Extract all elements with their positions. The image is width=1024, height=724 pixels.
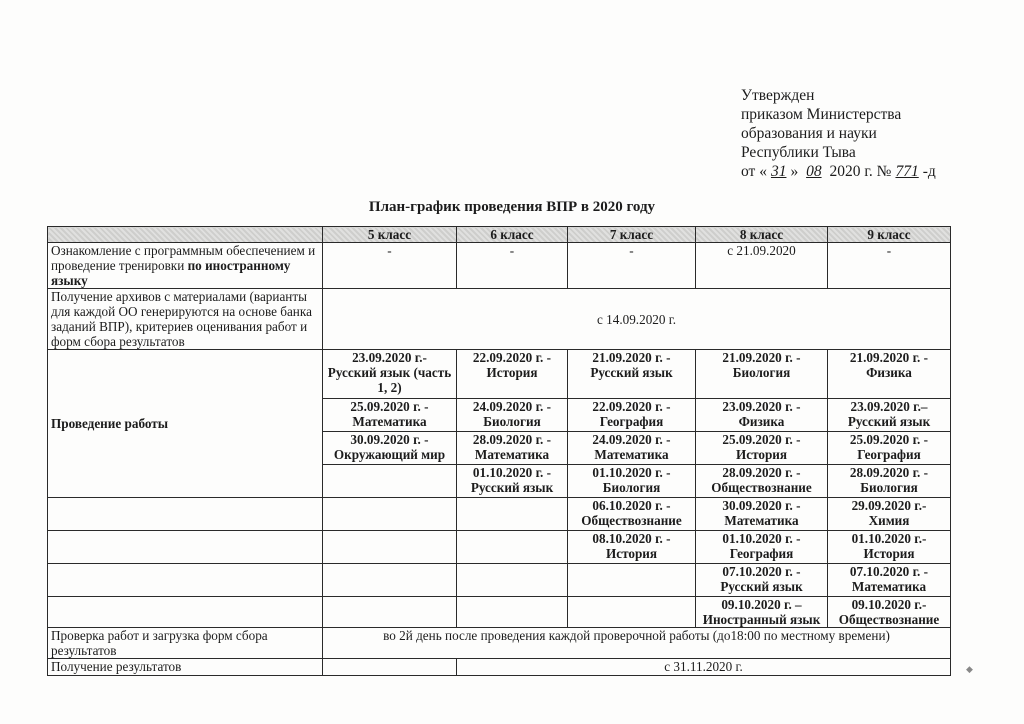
exam-cell — [568, 597, 696, 628]
table-row: 07.10.2020 г. -Русский язык07.10.2020 г.… — [48, 564, 951, 597]
exam-cell: 24.09.2020 г. -Математика — [568, 432, 696, 465]
exam-cell: 07.10.2020 г. -Математика — [828, 564, 951, 597]
table-cell: с 14.09.2020 г. — [323, 289, 951, 350]
row-label — [48, 564, 323, 597]
exam-date: 01.10.2020 г. - — [699, 531, 824, 546]
header-cell: 6 класс — [457, 227, 568, 243]
exam-cell: 07.10.2020 г. -Русский язык — [696, 564, 828, 597]
exam-cell: 25.09.2020 г. -Математика — [323, 399, 457, 432]
exam-cell — [457, 498, 568, 531]
table-cell: с 21.09.2020 — [696, 243, 828, 289]
row-label: Проведение работы — [48, 350, 323, 498]
row-label: Ознакомление с программным обеспечением … — [48, 243, 323, 289]
exam-date: 06.10.2020 г. - — [571, 498, 692, 513]
exam-date: 07.10.2020 г. - — [831, 564, 947, 579]
exam-date: 24.09.2020 г. - — [460, 399, 564, 414]
exam-subject: Русский язык — [699, 579, 824, 594]
row-label — [48, 531, 323, 564]
row-label — [48, 498, 323, 531]
exam-cell — [323, 531, 457, 564]
exam-cell: 01.10.2020 г. -Биология — [568, 465, 696, 498]
approval-line: Республики Тыва — [741, 143, 936, 162]
exam-subject: Окружающий мир — [326, 447, 453, 462]
exam-date: 28.09.2020 г. - — [831, 465, 947, 480]
exam-date: 25.09.2020 г. - — [831, 432, 947, 447]
exam-subject: История — [699, 447, 824, 462]
exam-subject: Математика — [831, 579, 947, 594]
exam-subject: Иностранный язык — [699, 612, 824, 627]
row-label: Проверка работ и загрузка форм сбора рез… — [48, 628, 323, 659]
exam-date: 08.10.2020 г. - — [571, 531, 692, 546]
exam-subject: Русский язык — [831, 414, 947, 429]
row-label — [48, 597, 323, 628]
exam-subject: Математика — [571, 447, 692, 462]
exam-subject: Биология — [571, 480, 692, 495]
exam-subject: Физика — [699, 414, 824, 429]
header-row: 5 класс 6 класс 7 класс 8 класс 9 класс — [48, 227, 951, 243]
exam-date: 29.09.2020 г.- — [831, 498, 947, 513]
exam-cell: 21.09.2020 г. -Биология — [696, 350, 828, 399]
approval-line: Утвержден — [741, 86, 936, 105]
exam-cell: 21.09.2020 г. -Физика — [828, 350, 951, 399]
schedule-table: 5 класс 6 класс 7 класс 8 класс 9 класс … — [47, 226, 951, 676]
exam-cell — [457, 564, 568, 597]
order-date-line: от «31» 08 2020 г. №771-д — [741, 162, 936, 181]
exam-subject: Русский язык — [460, 480, 564, 495]
table-row: 09.10.2020 г. –Иностранный язык09.10.202… — [48, 597, 951, 628]
order-day: 31 — [767, 163, 791, 180]
exam-subject: Физика — [831, 365, 947, 380]
exam-cell: 25.09.2020 г. -История — [696, 432, 828, 465]
exam-cell: 09.10.2020 г.-Обществознание — [828, 597, 951, 628]
exam-date: 01.10.2020 г. - — [460, 465, 564, 480]
document-title: План-график проведения ВПР в 2020 году — [0, 199, 1024, 216]
exam-date: 24.09.2020 г. - — [571, 432, 692, 447]
exam-subject: Обществознание — [831, 612, 947, 627]
exam-subject: Математика — [326, 414, 453, 429]
exam-subject: География — [699, 546, 824, 561]
exam-cell — [323, 564, 457, 597]
approval-line: приказом Министерства — [741, 105, 936, 124]
exam-cell: 06.10.2020 г. -Обществознание — [568, 498, 696, 531]
exam-cell: 28.09.2020 г. -Биология — [828, 465, 951, 498]
exam-cell: 08.10.2020 г. -История — [568, 531, 696, 564]
order-month: 08 — [802, 163, 826, 180]
exam-cell — [323, 498, 457, 531]
exam-cell: 25.09.2020 г. -География — [828, 432, 951, 465]
exam-cell: 22.09.2020 г. -История — [457, 350, 568, 399]
exam-cell: 01.10.2020 г.-История — [828, 531, 951, 564]
exam-cell — [457, 531, 568, 564]
table-cell: во 2й день после проведения каждой прове… — [323, 628, 951, 659]
header-cell: 9 класс — [828, 227, 951, 243]
order-number: 771 — [891, 163, 922, 180]
exam-date: 21.09.2020 г. - — [831, 350, 947, 365]
exam-cell: 23.09.2020 г.–Русский язык — [828, 399, 951, 432]
table-row: Проведение работы23.09.2020 г.-Русский я… — [48, 350, 951, 399]
header-cell: 5 класс — [323, 227, 457, 243]
exam-date: 23.09.2020 г.– — [831, 399, 947, 414]
table-row: 06.10.2020 г. -Обществознание30.09.2020 … — [48, 498, 951, 531]
exam-cell: 01.10.2020 г. -Русский язык — [457, 465, 568, 498]
exam-date: 07.10.2020 г. - — [699, 564, 824, 579]
exam-cell: 30.09.2020 г. -Математика — [696, 498, 828, 531]
exam-cell: 23.09.2020 г.-Русский язык (часть 1, 2) — [323, 350, 457, 399]
exam-subject: Математика — [460, 447, 564, 462]
exam-date: 30.09.2020 г. - — [699, 498, 824, 513]
exam-cell — [323, 465, 457, 498]
exam-cell: 23.09.2020 г. -Физика — [696, 399, 828, 432]
table-row: Ознакомление с программным обеспечением … — [48, 243, 951, 289]
exam-subject: Биология — [460, 414, 564, 429]
exam-date: 09.10.2020 г.- — [831, 597, 947, 612]
exam-cell: 09.10.2020 г. –Иностранный язык — [696, 597, 828, 628]
exam-date: 01.10.2020 г.- — [831, 531, 947, 546]
table-cell: - — [323, 243, 457, 289]
exam-date: 21.09.2020 г. - — [699, 350, 824, 365]
exam-date: 09.10.2020 г. – — [699, 597, 824, 612]
header-cell: 8 класс — [696, 227, 828, 243]
exam-cell: 28.09.2020 г. -Математика — [457, 432, 568, 465]
table-cell: - — [568, 243, 696, 289]
exam-date: 23.09.2020 г. - — [699, 399, 824, 414]
table-cell: - — [828, 243, 951, 289]
exam-subject: История — [831, 546, 947, 561]
exam-subject: Математика — [699, 513, 824, 528]
scan-mark: ◆ — [966, 664, 973, 675]
exam-subject: Биология — [831, 480, 947, 495]
table-row: Проверка работ и загрузка форм сбора рез… — [48, 628, 951, 659]
exam-subject: Русский язык — [571, 365, 692, 380]
table-row: Получение архивов с материалами (вариант… — [48, 289, 951, 350]
exam-cell — [323, 597, 457, 628]
exam-subject: История — [460, 365, 564, 380]
exam-cell: 01.10.2020 г. -География — [696, 531, 828, 564]
exam-date: 21.09.2020 г. - — [571, 350, 692, 365]
table-row: Получение результатов с 31.11.2020 г. — [48, 659, 951, 676]
exam-subject: География — [831, 447, 947, 462]
exam-subject: История — [571, 546, 692, 561]
row-label: Получение архивов с материалами (вариант… — [48, 289, 323, 350]
approval-line: образования и науки — [741, 124, 936, 143]
exam-cell: 29.09.2020 г.-Химия — [828, 498, 951, 531]
header-cell: 7 класс — [568, 227, 696, 243]
exam-subject: География — [571, 414, 692, 429]
exam-date: 28.09.2020 г. - — [699, 465, 824, 480]
exam-cell: 30.09.2020 г. -Окружающий мир — [323, 432, 457, 465]
exam-date: 25.09.2020 г. - — [326, 399, 453, 414]
exam-cell: 28.09.2020 г. -Обществознание — [696, 465, 828, 498]
exam-cell — [457, 597, 568, 628]
table-cell: - — [457, 243, 568, 289]
exam-subject: Русский язык (часть 1, 2) — [326, 365, 453, 395]
row-label: Получение результатов — [48, 659, 323, 676]
exam-cell — [568, 564, 696, 597]
exam-subject: Биология — [699, 365, 824, 380]
exam-date: 25.09.2020 г. - — [699, 432, 824, 447]
table-cell — [323, 659, 457, 676]
exam-date: 01.10.2020 г. - — [571, 465, 692, 480]
table-row: 08.10.2020 г. -История01.10.2020 г. -Гео… — [48, 531, 951, 564]
exam-date: 23.09.2020 г.- — [326, 350, 453, 365]
exam-cell: 21.09.2020 г. -Русский язык — [568, 350, 696, 399]
exam-date: 22.09.2020 г. - — [460, 350, 564, 365]
header-cell — [48, 227, 323, 243]
exam-subject: Химия — [831, 513, 947, 528]
exam-cell: 22.09.2020 г. -География — [568, 399, 696, 432]
table-cell: с 31.11.2020 г. — [457, 659, 951, 676]
exam-subject: Обществознание — [699, 480, 824, 495]
exam-subject: Обществознание — [571, 513, 692, 528]
exam-date: 28.09.2020 г. - — [460, 432, 564, 447]
exam-date: 22.09.2020 г. - — [571, 399, 692, 414]
exam-date: 30.09.2020 г. - — [326, 432, 453, 447]
approval-stamp: Утвержден приказом Министерства образова… — [741, 86, 936, 181]
exam-cell: 24.09.2020 г. -Биология — [457, 399, 568, 432]
